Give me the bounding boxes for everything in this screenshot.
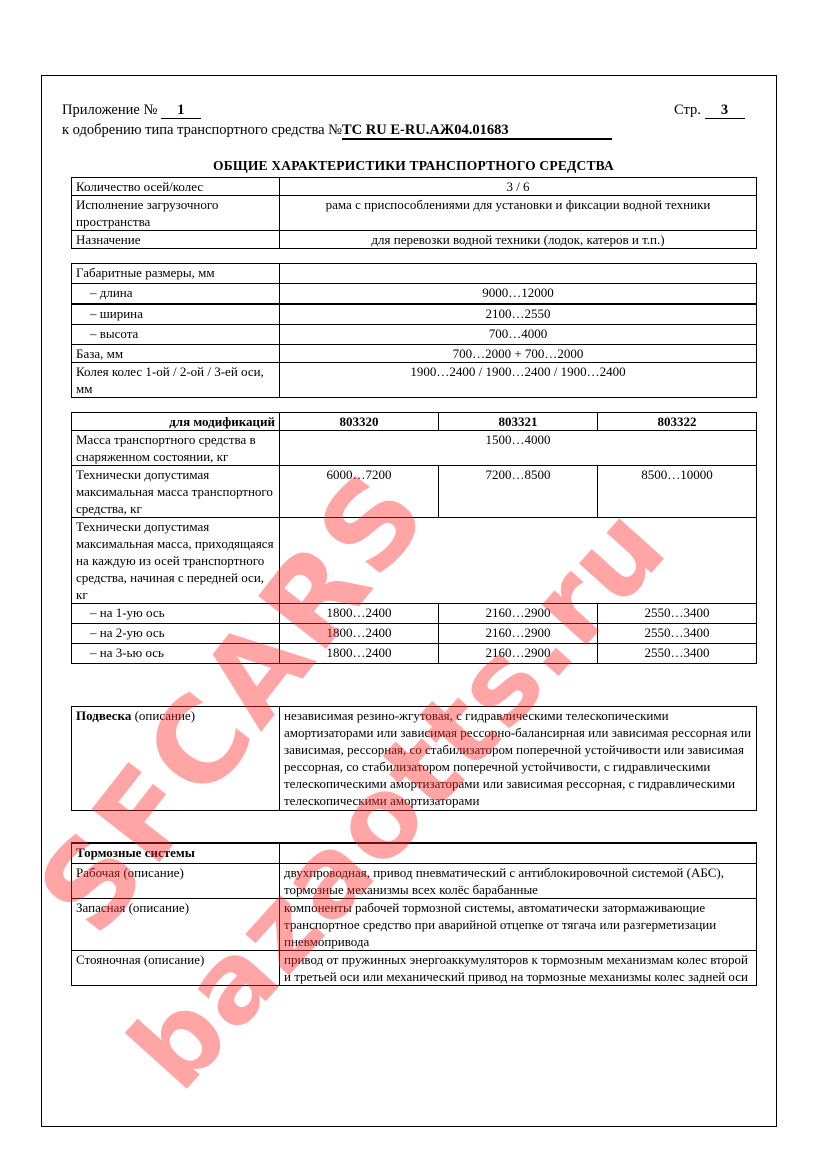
page-number-line: Стр. 3: [674, 102, 745, 119]
document-title: ОБЩИЕ ХАРАКТЕРИСТИКИ ТРАНСПОРТНОГО СРЕДС…: [0, 158, 827, 174]
row-label: – длина: [72, 284, 280, 305]
row-label: Назначение: [72, 231, 280, 249]
max-mass-value: 6000…7200: [280, 466, 439, 518]
base-label: База, мм: [72, 345, 280, 363]
dimensions-header: Габаритные размеры, мм: [72, 264, 280, 284]
suspension-table: Подвеска (описание) независимая резино-ж…: [71, 706, 757, 811]
table-row: Технически допустимая максимальная масса…: [72, 518, 757, 604]
max-mass-value: 8500…10000: [598, 466, 757, 518]
appendix-number: 1: [161, 103, 201, 119]
table-row: – ширина 2100…2550: [72, 304, 757, 325]
suspension-label-rest: (описание): [131, 708, 195, 723]
axle-value: 2550…3400: [598, 624, 757, 644]
page-label: Стр.: [674, 102, 701, 118]
table-row: Масса транспортного средства в снаряженн…: [72, 431, 757, 466]
table-row: для модификаций 803320 803321 803322: [72, 413, 757, 431]
brakes-table: Тормозные системы Рабочая (описание) дву…: [71, 842, 757, 986]
row-label: Количество осей/колес: [72, 178, 280, 196]
row-label: – высота: [72, 325, 280, 345]
max-mass-label: Технически допустимая максимальная масса…: [72, 466, 280, 518]
row-value: для перевозки водной техники (лодок, кат…: [280, 231, 757, 249]
axle-value: 1800…2400: [280, 644, 439, 664]
axle-value: 2160…2900: [439, 604, 598, 624]
general-table: Количество осей/колес 3 / 6 Исполнение з…: [71, 177, 757, 249]
row-value: 2100…2550: [280, 304, 757, 325]
brake-value: двухпроводная, привод пневматический с а…: [280, 864, 757, 899]
row-label: Исполнение загрузочного пространства: [72, 196, 280, 231]
table-row: Запасная (описание) компоненты рабочей т…: [72, 899, 757, 951]
base-value: 700…2000 + 700…2000: [280, 345, 757, 363]
masses-table: для модификаций 803320 803321 803322 Мас…: [71, 412, 757, 664]
table-row: Исполнение загрузочного пространства рам…: [72, 196, 757, 231]
table-row: Технически допустимая максимальная масса…: [72, 466, 757, 518]
table-row: База, мм 700…2000 + 700…2000: [72, 345, 757, 363]
axle-value: 1800…2400: [280, 624, 439, 644]
table-row: Рабочая (описание) двухпроводная, привод…: [72, 864, 757, 899]
approval-line: к одобрению типа транспортного средства …: [62, 122, 612, 140]
curb-mass-label: Масса транспортного средства в снаряженн…: [72, 431, 280, 466]
approval-label: к одобрению типа транспортного средства …: [62, 122, 342, 138]
brake-value: компоненты рабочей тормозной системы, ав…: [280, 899, 757, 951]
row-value: 700…4000: [280, 325, 757, 345]
brake-value: привод от пружинных энергоаккумуляторов …: [280, 951, 757, 986]
brake-label: Рабочая (описание): [72, 864, 280, 899]
axle-mass-label: Технически допустимая максимальная масса…: [72, 518, 280, 604]
appendix-label: Приложение №: [62, 102, 157, 118]
modification-header: 803321: [439, 413, 598, 431]
table-row: Количество осей/колес 3 / 6: [72, 178, 757, 196]
empty-cell: [280, 843, 757, 864]
row-value: 3 / 6: [280, 178, 757, 196]
track-label: Колея колес 1-ой / 2-ой / 3-ей оси, мм: [72, 363, 280, 398]
empty-cell: [280, 518, 757, 604]
modification-header: 803322: [598, 413, 757, 431]
brakes-header: Тормозные системы: [72, 843, 280, 864]
axle-label: – на 2-ую ось: [72, 624, 280, 644]
row-value: 9000…12000: [280, 284, 757, 305]
axle-value: 2160…2900: [439, 624, 598, 644]
suspension-label: Подвеска (описание): [72, 707, 280, 811]
suspension-label-bold: Подвеска: [76, 708, 131, 723]
axle-label: – на 1-ую ось: [72, 604, 280, 624]
empty-cell: [280, 264, 757, 284]
row-label: – ширина: [72, 304, 280, 325]
axle-value: 2160…2900: [439, 644, 598, 664]
table-row: Подвеска (описание) независимая резино-ж…: [72, 707, 757, 811]
row-value: рама с приспособлениями для установки и …: [280, 196, 757, 231]
approval-number: TC RU E-RU.АЖ04.01683: [342, 123, 612, 140]
modifications-label: для модификаций: [72, 413, 280, 431]
axle-value: 2550…3400: [598, 644, 757, 664]
page-number: 3: [705, 103, 745, 119]
axle-value: 2550…3400: [598, 604, 757, 624]
axle-value: 1800…2400: [280, 604, 439, 624]
table-row: – на 1-ую ось 1800…2400 2160…2900 2550…3…: [72, 604, 757, 624]
table-row: Стояночная (описание) привод от пружинны…: [72, 951, 757, 986]
table-row: – длина 9000…12000: [72, 284, 757, 305]
modification-header: 803320: [280, 413, 439, 431]
curb-mass-value: 1500…4000: [280, 431, 757, 466]
appendix-line: Приложение № 1: [62, 102, 201, 119]
brake-label: Стояночная (описание): [72, 951, 280, 986]
table-row: – высота 700…4000: [72, 325, 757, 345]
dimensions-table: Габаритные размеры, мм – длина 9000…1200…: [71, 263, 757, 398]
table-row: Тормозные системы: [72, 843, 757, 864]
track-value: 1900…2400 / 1900…2400 / 1900…2400: [280, 363, 757, 398]
table-row: – на 2-ую ось 1800…2400 2160…2900 2550…3…: [72, 624, 757, 644]
axle-label: – на 3-ью ось: [72, 644, 280, 664]
suspension-value: независимая резино-жгутовая, с гидравлич…: [280, 707, 757, 811]
table-row: Назначение для перевозки водной техники …: [72, 231, 757, 249]
max-mass-value: 7200…8500: [439, 466, 598, 518]
table-row: Колея колес 1-ой / 2-ой / 3-ей оси, мм 1…: [72, 363, 757, 398]
brake-label: Запасная (описание): [72, 899, 280, 951]
table-row: Габаритные размеры, мм: [72, 264, 757, 284]
table-row: – на 3-ью ось 1800…2400 2160…2900 2550…3…: [72, 644, 757, 664]
